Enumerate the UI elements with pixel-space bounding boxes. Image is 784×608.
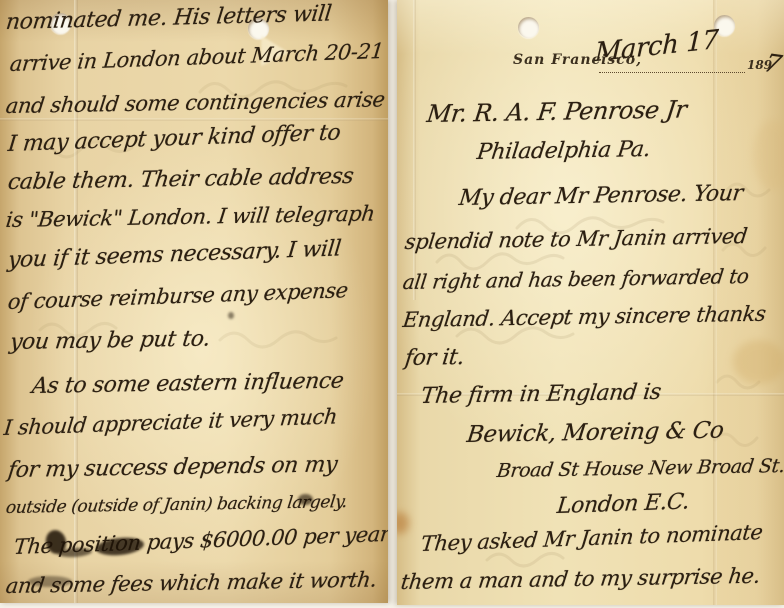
crease [413, 0, 416, 300]
letter-page-right: San Francisco, March 17 189 7 Mr. R. A. … [397, 0, 784, 605]
date-underline [599, 72, 745, 73]
handwriting-line: arrive in London about March 20-21 [9, 39, 385, 76]
stain [733, 340, 784, 384]
handwriting-line: for my success depends on my [6, 452, 338, 483]
handwriting-line: The position pays $6000.00 per year [13, 522, 388, 559]
handwriting-line: and some fees which make it worth. [5, 568, 379, 599]
handwriting-line: Philadelphia Pa. [475, 137, 651, 165]
handwriting-line: Mr. R. A. F. Penrose Jr [425, 95, 688, 128]
handwriting-line: them a man and to my surprise he. [400, 564, 762, 594]
handwriting-line: Bewick, Moreing & Co [465, 417, 725, 448]
handwriting-line: and should some contingencies arise [5, 87, 387, 118]
handwriting-line: nominated me. His letters will [5, 1, 333, 35]
handwriting-line: all right and has been forwarded to [402, 264, 751, 294]
handwriting-line: I should appreciate it very much [3, 404, 339, 440]
handwriting-line: cable them. Their cable address [6, 164, 354, 195]
stain [397, 512, 409, 534]
handwriting-line: London E.C. [556, 489, 691, 519]
handwriting-line: outside (outside of Janin) backing large… [5, 492, 348, 518]
stain [753, 120, 784, 190]
handwriting-line: The firm in England is [419, 380, 662, 409]
handwriting-line: for it. [403, 345, 465, 371]
handwriting-line: of course reimburse any expense [7, 278, 349, 314]
punch-hole [518, 17, 539, 38]
handwriting-line: England. Accept my sincere thanks [402, 302, 768, 332]
handwriting-line: is "Bewick" London. I will telegraph [5, 202, 377, 232]
handwriting-line: They asked Mr Janin to nominate [420, 520, 764, 556]
handwriting-line: I may accept your kind offer to [7, 120, 342, 157]
handwriting-line: Broad St House New Broad St. [496, 455, 784, 482]
handwriting-line: My dear Mr Penrose. Your [457, 181, 744, 211]
letterhead-year-digit: 7 [761, 48, 784, 78]
handwriting-line: splendid note to Mr Janin arrived [404, 224, 749, 254]
letterhead-date: March 17 [594, 25, 718, 68]
handwriting-line: you if it seems necessary. I will [7, 236, 342, 273]
ink-spot [228, 312, 234, 319]
handwriting-line: you may be put to. [8, 326, 211, 355]
handwriting-line: As to some eastern influence [30, 369, 345, 399]
letter-page-left: nominated me. His letters will arrive in… [0, 0, 388, 603]
